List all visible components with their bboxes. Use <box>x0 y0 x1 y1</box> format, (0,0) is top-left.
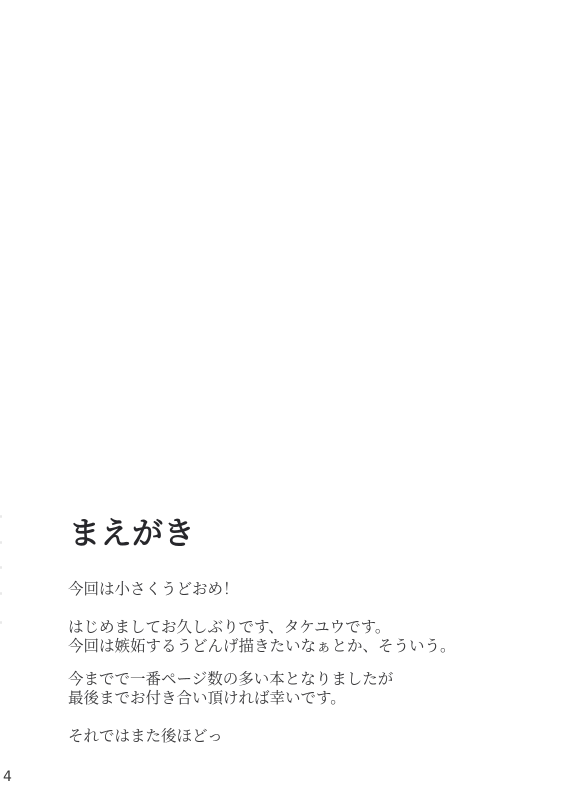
page-number: 4 <box>3 769 12 785</box>
scan-artifact <box>0 592 2 595</box>
paragraph-closing: それではまた後ほどっ <box>68 727 223 746</box>
paragraph-intro: 今回は小さくうどおめ！ <box>68 580 239 599</box>
paragraph-greeting: はじめましてお久しぶりです、タケユウです。 今回は嫉妬するうどんげ描きたいなぁと… <box>68 618 456 656</box>
scan-artifact <box>0 621 2 624</box>
scan-artifact <box>0 515 2 518</box>
scan-artifact <box>0 566 2 569</box>
scanned-preface-page: まえがき 今回は小さくうどおめ！ はじめましてお久しぶりです、タケユウです。 今… <box>0 0 565 800</box>
paragraph-body: 今までで一番ページ数の多い本となりましたが 最後までお付き合い頂ければ幸いです。 <box>68 670 393 708</box>
scan-artifact <box>0 541 2 544</box>
page-title: まえがき <box>69 516 195 553</box>
